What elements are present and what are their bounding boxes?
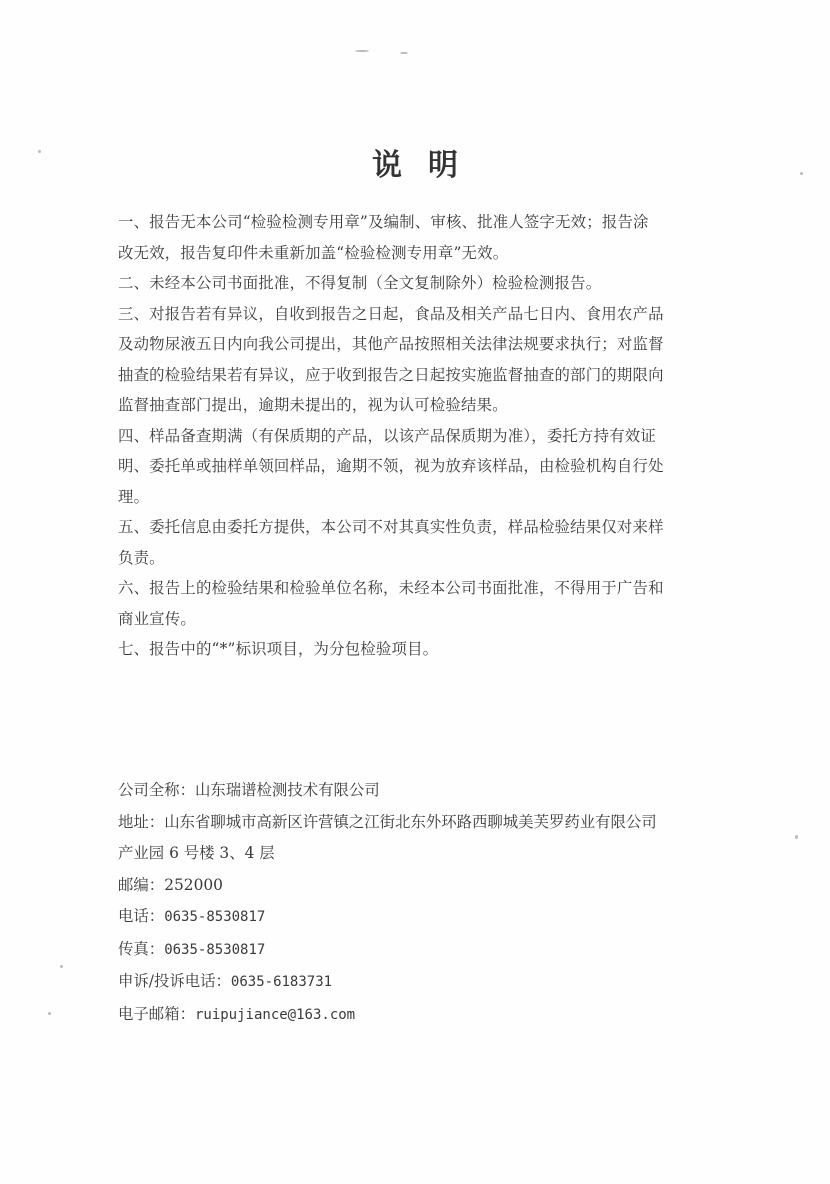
contact-info: 公司全称：山东瑞谱检测技术有限公司 地址：山东省聊城市高新区许营镇之江街北东外环… [118, 775, 728, 1031]
note-line: 二、未经本公司书面批准，不得复制（全文复制除外）检验检测报告。 [118, 268, 718, 299]
notes-list: 一、报告无本公司“检验检测专用章”及编制、审核、批准人签字无效；报告涂 改无效，… [118, 207, 718, 665]
note-line: 五、委托信息由委托方提供，本公司不对其真实性负责，样品检验结果仅对来样 [118, 512, 718, 543]
document-page: 说明 一、报告无本公司“检验检测专用章”及编制、审核、批准人签字无效；报告涂 改… [0, 0, 830, 1184]
note-line: 理。 [118, 482, 718, 513]
address-label: 地址： [118, 813, 164, 831]
fax-row: 传真：0635-8530817 [118, 934, 728, 967]
note-line: 一、报告无本公司“检验检测专用章”及编制、审核、批准人签字无效；报告涂 [118, 207, 718, 238]
note-line: 三、对报告若有异议，自收到报告之日起，食品及相关产品七日内、食用农产品 [118, 299, 718, 330]
note-7: 七、报告中的“*”标识项目，为分包检验项目。 [118, 634, 718, 665]
company-name: 山东瑞谱检测技术有限公司 [195, 781, 380, 799]
note-3: 三、对报告若有异议，自收到报告之日起，食品及相关产品七日内、食用农产品 及动物尿… [118, 299, 718, 421]
note-line: 抽查的检验结果若有异议，应于收到报告之日起按实施监督抽查的部门的期限向 [118, 360, 718, 391]
email-value: ruipujiance@163.com [195, 1007, 355, 1023]
note-line: 商业宣传。 [118, 604, 718, 635]
page-title: 说明 [0, 140, 830, 184]
note-6: 六、报告上的检验结果和检验单位名称，未经本公司书面批准，不得用于广告和 商业宣传… [118, 573, 718, 634]
note-line: 四、样品备查期满（有保质期的产品，以该产品保质期为准），委托方持有效证 [118, 421, 718, 452]
complaint-row: 申诉/投诉电话：0635-6183731 [118, 966, 728, 999]
fax-value: 0635-8530817 [164, 942, 265, 958]
scan-speck [48, 1012, 51, 1015]
phone-value: 0635-8530817 [164, 909, 265, 925]
address-line2: 产业园 6 号楼 3、4 层 [118, 844, 275, 862]
scan-speck [355, 50, 369, 52]
note-1: 一、报告无本公司“检验检测专用章”及编制、审核、批准人签字无效；报告涂 改无效，… [118, 207, 718, 268]
postcode-value: 252000 [164, 876, 223, 894]
note-line: 六、报告上的检验结果和检验单位名称，未经本公司书面批准，不得用于广告和 [118, 573, 718, 604]
fax-label: 传真： [118, 940, 164, 958]
complaint-phone-value: 0635-6183731 [231, 974, 332, 990]
note-line: 七、报告中的“*”标识项目，为分包检验项目。 [118, 634, 718, 665]
note-line: 明、委托单或抽样单领回样品，逾期不领，视为放弃该样品，由检验机构自行处 [118, 451, 718, 482]
phone-row: 电话：0635-8530817 [118, 901, 728, 934]
note-5: 五、委托信息由委托方提供，本公司不对其真实性负责，样品检验结果仅对来样 负责。 [118, 512, 718, 573]
address-line1: 山东省聊城市高新区许营镇之江街北东外环路西聊城美芙罗药业有限公司 [164, 813, 657, 831]
complaint-label: 申诉/投诉电话： [118, 972, 231, 990]
company-label: 公司全称： [118, 781, 195, 799]
note-line: 负责。 [118, 543, 718, 574]
note-line: 监督抽查部门提出，逾期未提出的，视为认可检验结果。 [118, 390, 718, 421]
address-row-2: 产业园 6 号楼 3、4 层 [118, 838, 728, 870]
postcode-label: 邮编： [118, 876, 164, 894]
note-4: 四、样品备查期满（有保质期的产品，以该产品保质期为准），委托方持有效证 明、委托… [118, 421, 718, 513]
phone-label: 电话： [118, 907, 164, 925]
scan-speck [795, 835, 798, 839]
note-2: 二、未经本公司书面批准，不得复制（全文复制除外）检验检测报告。 [118, 268, 718, 299]
scan-speck [60, 965, 63, 968]
email-row: 电子邮箱：ruipujiance@163.com [118, 999, 728, 1032]
address-row: 地址：山东省聊城市高新区许营镇之江街北东外环路西聊城美芙罗药业有限公司 [118, 807, 728, 839]
postcode-row: 邮编：252000 [118, 870, 728, 902]
company-row: 公司全称：山东瑞谱检测技术有限公司 [118, 775, 728, 807]
note-line: 改无效，报告复印件未重新加盖“检验检测专用章”无效。 [118, 238, 718, 269]
scan-speck [400, 52, 408, 54]
note-line: 及动物尿液五日内向我公司提出，其他产品按照相关法律法规要求执行；对监督 [118, 329, 718, 360]
email-label: 电子邮箱： [118, 1005, 195, 1023]
